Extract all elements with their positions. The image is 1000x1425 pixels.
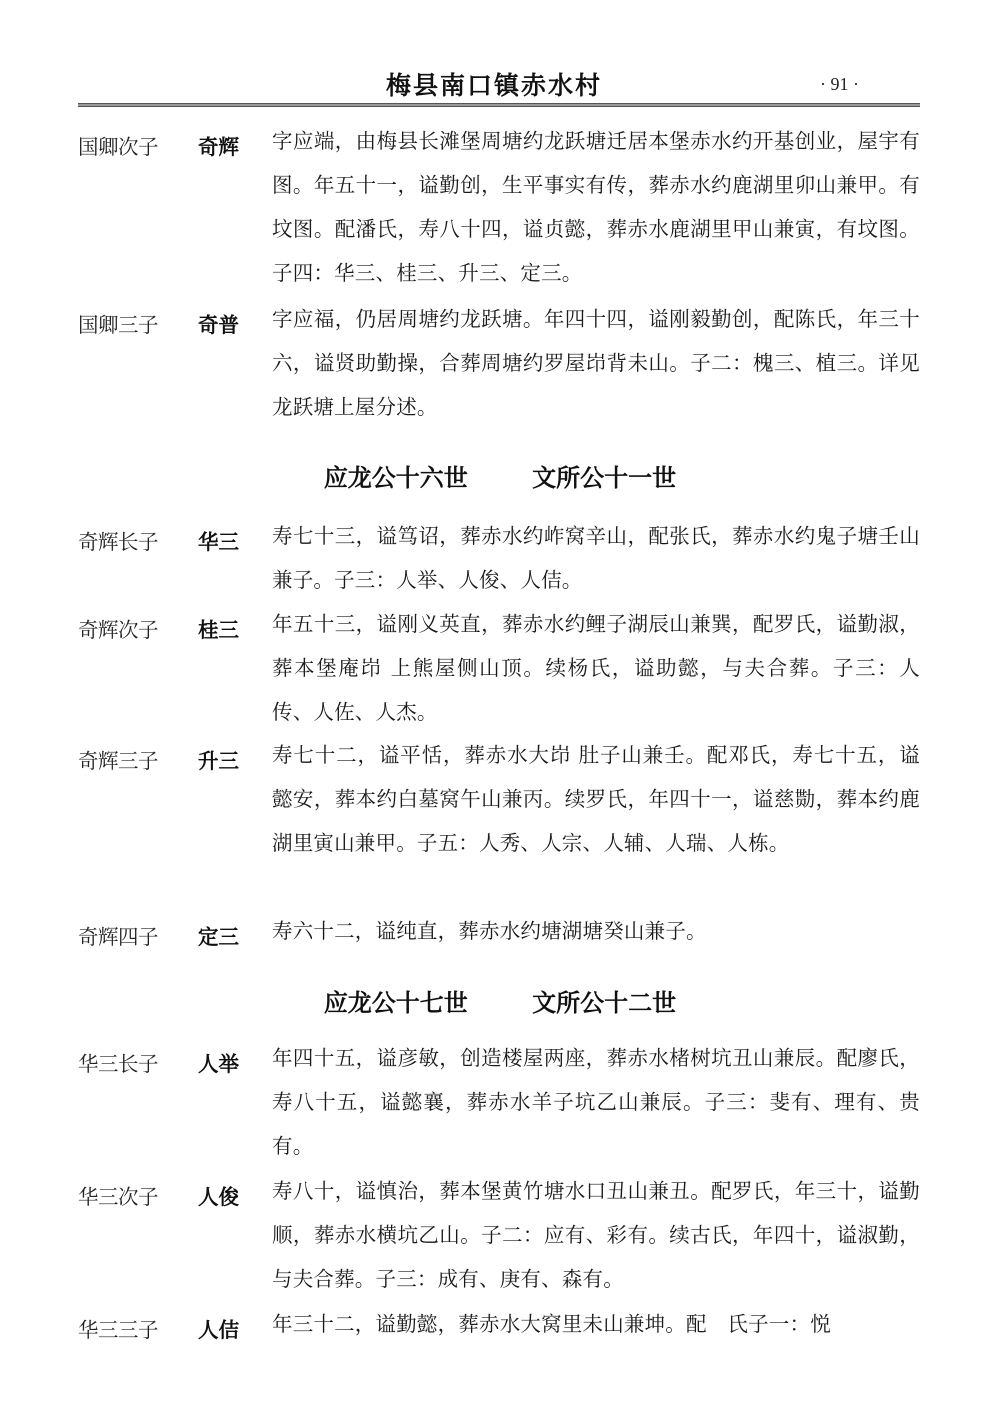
entry-relation: 华三三子 (78, 1313, 158, 1343)
generation-heading-left: 应龙公十六世 (324, 458, 468, 493)
entry-name: 人俊 (198, 1180, 239, 1210)
genealogy-entry: 奇辉四子 定三 寿六十二，谥纯直，葬赤水约塘湖塘癸山兼子。 (78, 920, 920, 953)
entry-text: 年四十五，谥彦敏，创造楼屋两座，葬赤水楮树坑丑山兼辰。配廖氏，寿八十五，谥懿襄，… (272, 1036, 920, 1168)
running-title: 梅县南口镇赤水村 (386, 66, 602, 102)
entry-relation: 国卿三子 (78, 308, 158, 338)
entry-name: 升三 (198, 744, 239, 774)
generation-heading-left: 应龙公十七世 (324, 983, 468, 1018)
header-rule (78, 103, 920, 107)
entry-text: 年三十二，谥勤懿，葬赤水大窝里未山兼坤。配 氏子一：悦 (272, 1302, 920, 1346)
entry-name: 奇辉 (198, 130, 239, 160)
entry-name: 人举 (198, 1047, 239, 1077)
generation-heading: 应龙公十七世 文所公十二世 (0, 983, 1000, 1018)
entry-relation: 华三长子 (78, 1047, 158, 1077)
genealogy-entry: 奇辉长子 华三 寿七十三，谥笃诏，葬赤水约岞窝辛山，配张氏，葬赤水约鬼子塘壬山兼… (78, 525, 920, 602)
entry-relation: 奇辉四子 (78, 920, 158, 950)
entry-name: 华三 (198, 525, 239, 555)
entry-text: 寿七十二，谥平恬，葬赤水大岇 肚子山兼壬。配邓氏，寿七十五，谥懿安，葬本约白墓窝… (272, 733, 920, 865)
genealogy-entry: 国卿三子 奇普 字应福，仍居周塘约龙跃塘。年四十四，谥刚毅勤创，配陈氏，年三十六… (78, 308, 920, 429)
genealogy-entry: 华三长子 人举 年四十五，谥彦敏，创造楼屋两座，葬赤水楮树坑丑山兼辰。配廖氏，寿… (78, 1047, 920, 1168)
page-number: · 91 · (820, 74, 859, 95)
entry-text: 年五十三，谥刚义英直，葬赤水约鲤子湖辰山兼巽，配罗氏，谥勤淑，葬本堡庵岇 上熊屋… (272, 602, 920, 734)
entry-relation: 奇辉长子 (78, 525, 158, 555)
genealogy-entry: 华三次子 人俊 寿八十，谥慎治，葬本堡黄竹塘水口丑山兼丑。配罗氏，年三十，谥勤顺… (78, 1180, 920, 1301)
entry-text: 字应端，由梅县长滩堡周塘约龙跃塘迁居本堡赤水约开基创业，屋宇有图。年五十一，谥勤… (272, 119, 920, 295)
entry-relation: 奇辉次子 (78, 613, 158, 643)
generation-heading-right: 文所公十二世 (532, 983, 676, 1018)
entry-relation: 华三次子 (78, 1180, 158, 1210)
genealogy-entry: 奇辉次子 桂三 年五十三，谥刚义英直，葬赤水约鲤子湖辰山兼巽，配罗氏，谥勤淑，葬… (78, 613, 920, 734)
genealogy-entry: 华三三子 人佶 年三十二，谥勤懿，葬赤水大窝里未山兼坤。配 氏子一：悦 (78, 1313, 920, 1346)
generation-heading: 应龙公十六世 文所公十一世 (0, 458, 1000, 493)
entry-name: 人佶 (198, 1313, 239, 1343)
entry-text: 寿六十二，谥纯直，葬赤水约塘湖塘癸山兼子。 (272, 909, 920, 953)
generation-heading-right: 文所公十一世 (532, 458, 676, 493)
genealogy-entry: 国卿次子 奇辉 字应端，由梅县长滩堡周塘约龙跃塘迁居本堡赤水约开基创业，屋宇有图… (78, 130, 920, 295)
entry-text: 寿七十三，谥笃诏，葬赤水约岞窝辛山，配张氏，葬赤水约鬼子塘壬山兼子。子三：人举、… (272, 514, 920, 602)
entry-name: 定三 (198, 920, 239, 950)
entry-name: 桂三 (198, 613, 239, 643)
entry-text: 寿八十，谥慎治，葬本堡黄竹塘水口丑山兼丑。配罗氏，年三十，谥勤顺，葬赤水横坑乙山… (272, 1169, 920, 1301)
genealogy-entry: 奇辉三子 升三 寿七十二，谥平恬，葬赤水大岇 肚子山兼壬。配邓氏，寿七十五，谥懿… (78, 744, 920, 865)
page-header: 梅县南口镇赤水村 · 91 · (0, 62, 1000, 102)
entry-name: 奇普 (198, 308, 239, 338)
entry-text: 字应福，仍居周塘约龙跃塘。年四十四，谥刚毅勤创，配陈氏，年三十六，谥贤助勤操，合… (272, 297, 920, 429)
entry-relation: 国卿次子 (78, 130, 158, 160)
entry-relation: 奇辉三子 (78, 744, 158, 774)
